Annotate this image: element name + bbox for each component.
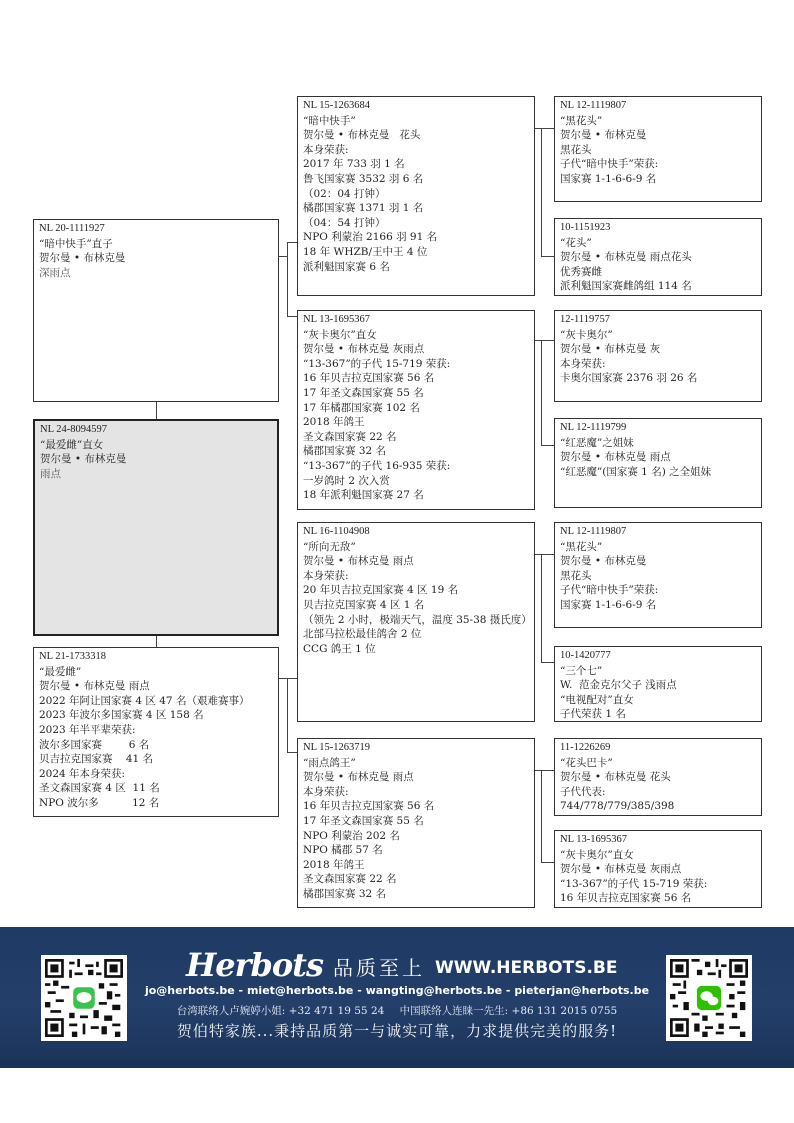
card-line: NPO 橘郡 57 名 <box>303 843 529 858</box>
ggp-card-4: NL 12-1119799 “红恶魔”之姐妹 贺尔曼 • 布林克曼 雨点 “红恶… <box>554 418 762 508</box>
card-line: （领先 2 小时，极端天气，温度 35-38 摄氏度） <box>303 613 529 628</box>
connector <box>278 678 287 679</box>
card-line: 贺尔曼 • 布林克曼 <box>560 554 756 569</box>
connector <box>541 340 542 445</box>
card-line: “灰卡奥尔” <box>560 328 756 343</box>
ggp-card-6: 10-1420777 “三个七” W. 范金克尔父子 浅雨点 “电视配对”直女 … <box>554 646 762 722</box>
card-line: 贺尔曼 • 布林克曼 花头 <box>560 770 756 785</box>
card-line: 本身荣获: <box>303 785 529 800</box>
card-line: 贺尔曼 • 布林克曼 雨点花头 <box>560 250 756 265</box>
connector <box>287 678 297 679</box>
card-line: 16 年贝吉拉克国家赛 56 名 <box>303 799 529 814</box>
connector <box>534 128 541 129</box>
ring-number: NL 12-1119799 <box>560 421 756 436</box>
connector <box>287 242 297 243</box>
card-line: 国家赛 1-1-6-6-9 名 <box>560 172 756 187</box>
website-link[interactable]: WWW.HERBOTS.BE <box>435 953 618 983</box>
card-line: “13-367”的子代 15-719 荣获: <box>560 877 756 892</box>
card-line: 派利魁国家赛 6 名 <box>303 260 529 275</box>
card-line: 贺尔曼 • 布林克曼 灰雨点 <box>303 342 529 357</box>
card-line: 橘郡国家赛 32 名 <box>303 444 529 459</box>
card-line: 本身荣获: <box>303 569 529 584</box>
wechat-qr-code[interactable] <box>666 955 752 1041</box>
qr-code-icon <box>670 959 748 1037</box>
ring-number: NL 12-1119807 <box>560 99 756 114</box>
connector <box>534 554 541 555</box>
connector <box>287 242 288 316</box>
sire-card: NL 20-1111927 “暗中快手”直子 贺尔曼 • 布林克曼 深雨点 <box>33 219 279 402</box>
connector <box>287 316 297 317</box>
card-line: 本身荣获: <box>560 357 756 372</box>
card-line: “花头” <box>560 236 756 251</box>
card-line: 贺尔曼 • 布林克曼 雨点 <box>39 679 273 694</box>
card-line: 黑花头 <box>560 569 756 584</box>
card-line: 贺尔曼 • 布林克曼 雨点 <box>303 770 529 785</box>
connector <box>541 662 554 663</box>
card-line: 子代代表: <box>560 785 756 800</box>
card-line: 贺尔曼 • 布林克曼 <box>560 128 756 143</box>
card-line: 18 年派利魁国家赛 27 名 <box>303 488 529 503</box>
connector <box>534 340 541 341</box>
card-line: “三个七” <box>560 664 756 679</box>
ggp-card-1: NL 12-1119807 “黑花头” 贺尔曼 • 布林克曼 黑花头 子代“暗中… <box>554 96 762 202</box>
card-line: 子代荣获 1 名 <box>560 707 756 722</box>
card-line: 圣文森国家赛 4 区 11 名 <box>39 781 273 796</box>
card-line: “13-367”的子代 15-719 荣获: <box>303 357 529 372</box>
ggp-card-5: NL 12-1119807 “黑花头” 贺尔曼 • 布林克曼 黑花头 子代“暗中… <box>554 522 762 628</box>
card-line: “13-367”的子代 16-935 荣获: <box>303 459 529 474</box>
brand-header: Herbots 品质至上 WWW.HERBOTS.BE <box>186 943 626 983</box>
ring-number: NL 20-1111927 <box>39 222 273 237</box>
card-line: 橘郡国家赛 32 名 <box>303 887 529 902</box>
card-line: 圣文森国家赛 22 名 <box>303 872 529 887</box>
card-line: 一岁鸽时 2 次入赏 <box>303 474 529 489</box>
card-line: “雨点鸽王” <box>303 756 529 771</box>
card-line: “红恶魔”之姐妹 <box>560 436 756 451</box>
card-line: 17 年橘郡国家赛 102 名 <box>303 401 529 416</box>
card-line: 20 年贝吉拉克国家赛 4 区 19 名 <box>303 583 529 598</box>
ring-number: 10-1420777 <box>560 649 756 664</box>
ring-number: 12-1119757 <box>560 313 756 328</box>
card-line: “最爱雌” <box>39 665 273 680</box>
card-line: 北部马拉松最佳鸽舍 2 位 <box>303 627 529 642</box>
card-line: 2018 年鸽王 <box>303 858 529 873</box>
card-line: 贺尔曼 • 布林克曼 <box>39 251 273 266</box>
card-line: 16 年贝吉拉克国家赛 56 名 <box>303 371 529 386</box>
card-line: CCG 鸽王 1 位 <box>303 642 529 657</box>
connector <box>541 256 554 257</box>
card-line: 派利魁国家赛雌鸽组 114 名 <box>560 279 756 294</box>
card-line: “暗中快手”直子 <box>39 237 273 252</box>
connector <box>541 770 554 771</box>
ring-number: 11-1226269 <box>560 741 756 756</box>
card-line: 贺尔曼 • 布林克曼 灰雨点 <box>560 862 756 877</box>
card-line: 鲁飞国家赛 3532 羽 6 名 <box>303 172 529 187</box>
card-line: 贺尔曼 • 布林克曼 雨点 <box>560 450 756 465</box>
card-line: “最爱雌”直女 <box>40 438 272 453</box>
card-line: 子代“暗中快手”荣获: <box>560 583 756 598</box>
sire-dam-card: NL 13-1695367 “灰卡奥尔”直女 贺尔曼 • 布林克曼 灰雨点 “1… <box>297 310 535 510</box>
card-line: “黑花头” <box>560 540 756 555</box>
subject-card: NL 24-8094597 “最爱雌”直女 贺尔曼 • 布林克曼 雨点 <box>33 419 279 636</box>
card-line: 圣文森国家赛 22 名 <box>303 430 529 445</box>
card-line: 2023 年半平辈荣获: <box>39 723 273 738</box>
card-line: 2017 年 733 羽 1 名 <box>303 157 529 172</box>
card-line: “所向无敌” <box>303 540 529 555</box>
card-line: 贺尔曼 • 布林克曼 雨点 <box>303 554 529 569</box>
card-line: 优秀赛雌 <box>560 265 756 280</box>
ring-number: NL 13-1695367 <box>303 313 529 328</box>
card-line: 16 年贝吉拉克国家赛 56 名 <box>560 891 756 906</box>
card-line: “花头巴卡” <box>560 756 756 771</box>
card-line: 本身荣获: <box>303 143 529 158</box>
card-line: 深雨点 <box>39 266 273 281</box>
card-line: NPO 利蒙治 202 名 <box>303 829 529 844</box>
connector <box>541 128 542 256</box>
ring-number: NL 15-1263719 <box>303 741 529 756</box>
connector <box>534 770 541 771</box>
card-line: 黑花头 <box>560 143 756 158</box>
card-line: 雨点 <box>40 467 272 482</box>
card-line: “灰卡奥尔”直女 <box>303 328 529 343</box>
card-line: “电视配对”直女 <box>560 693 756 708</box>
card-line: 17 年圣文森国家赛 55 名 <box>303 814 529 829</box>
ggp-card-7: 11-1226269 “花头巴卡” 贺尔曼 • 布林克曼 花头 子代代表: 74… <box>554 738 762 816</box>
card-line: 贝吉拉克国家赛 41 名 <box>39 752 273 767</box>
card-line: “红恶魔”(国家赛 1 名) 之全姐妹 <box>560 465 756 480</box>
card-line: （02：04 打钟） <box>303 187 529 202</box>
card-line: NPO 波尔多 12 名 <box>39 796 273 811</box>
card-line: 2023 年波尔多国家赛 4 区 158 名 <box>39 708 273 723</box>
dam-sire-card: NL 16-1104908 “所向无敌” 贺尔曼 • 布林克曼 雨点 本身荣获:… <box>297 522 535 722</box>
card-line: （04：54 打钟） <box>303 216 529 231</box>
card-line: 744/778/779/385/398 <box>560 799 756 814</box>
card-line: 18 年 WHZB/王中王 4 位 <box>303 245 529 260</box>
connector <box>541 554 554 555</box>
slogan: 品质至上 <box>333 953 425 983</box>
ring-number: NL 21-1733318 <box>39 650 273 665</box>
card-line: 贺尔曼 • 布林克曼 <box>40 452 272 467</box>
connector <box>541 862 554 863</box>
card-line: 子代“暗中快手”荣获: <box>560 157 756 172</box>
ring-number: NL 24-8094597 <box>40 423 272 438</box>
card-line: 贺尔曼 • 布林克曼 灰 <box>560 342 756 357</box>
ggp-card-8: NL 13-1695367 “灰卡奥尔”直女 贺尔曼 • 布林克曼 灰雨点 “1… <box>554 830 762 908</box>
card-line: 卡奥尔国家赛 2376 羽 26 名 <box>560 371 756 386</box>
connector <box>541 128 554 129</box>
card-line: 橘郡国家赛 1371 羽 1 名 <box>303 201 529 216</box>
connector <box>156 402 157 420</box>
connector <box>541 445 554 446</box>
card-line: “黑花头” <box>560 114 756 129</box>
connector <box>541 340 554 341</box>
contact-taiwan: 台湾联络人卢婉婷小姐: +32 471 19 55 24 <box>177 1005 385 1017</box>
connector <box>287 678 288 752</box>
connector <box>541 554 542 662</box>
ring-number: NL 15-1263684 <box>303 99 529 114</box>
ring-number: NL 13-1695367 <box>560 833 756 848</box>
card-line: 波尔多国家赛 6 名 <box>39 738 273 753</box>
dam-card: NL 21-1733318 “最爱雌” 贺尔曼 • 布林克曼 雨点 2022 年… <box>33 647 279 817</box>
card-line: 贝吉拉克国家赛 4 区 1 名 <box>303 598 529 613</box>
contact-china: 中国联络人连睐一先生: +86 131 2015 0755 <box>400 1005 618 1017</box>
ring-number: 10-1151923 <box>560 221 756 236</box>
ggp-card-2: 10-1151923 “花头” 贺尔曼 • 布林克曼 雨点花头 优秀赛雌 派利魁… <box>554 218 762 296</box>
sire-sire-card: NL 15-1263684 “暗中快手” 贺尔曼 • 布林克曼 花头 本身荣获:… <box>297 96 535 296</box>
card-line: “灰卡奥尔”直女 <box>560 848 756 863</box>
ggp-card-3: 12-1119757 “灰卡奥尔” 贺尔曼 • 布林克曼 灰 本身荣获: 卡奥尔… <box>554 310 762 402</box>
ring-number: NL 12-1119807 <box>560 525 756 540</box>
card-line: 2018 年鸽王 <box>303 415 529 430</box>
card-line: NPO 利蒙治 2166 羽 91 名 <box>303 230 529 245</box>
dam-dam-card: NL 15-1263719 “雨点鸽王” 贺尔曼 • 布林克曼 雨点 本身荣获:… <box>297 738 535 908</box>
footer-banner: Herbots 品质至上 WWW.HERBOTS.BE jo@herbots.b… <box>0 927 794 1068</box>
card-line: 贺尔曼 • 布林克曼 花头 <box>303 128 529 143</box>
herbots-logo: Herbots <box>186 947 323 983</box>
connector <box>287 752 297 753</box>
card-line: 2024 年本身荣获: <box>39 767 273 782</box>
connector <box>278 256 287 257</box>
card-line: 17 年圣文森国家赛 55 名 <box>303 386 529 401</box>
connector <box>541 770 542 862</box>
ring-number: NL 16-1104908 <box>303 525 529 540</box>
card-line: “暗中快手” <box>303 114 529 129</box>
card-line: 国家赛 1-1-6-6-9 名 <box>560 598 756 613</box>
card-line: 2022 年阿让国家赛 4 区 47 名（艰难赛事） <box>39 694 273 709</box>
card-line: W. 范金克尔父子 浅雨点 <box>560 678 756 693</box>
